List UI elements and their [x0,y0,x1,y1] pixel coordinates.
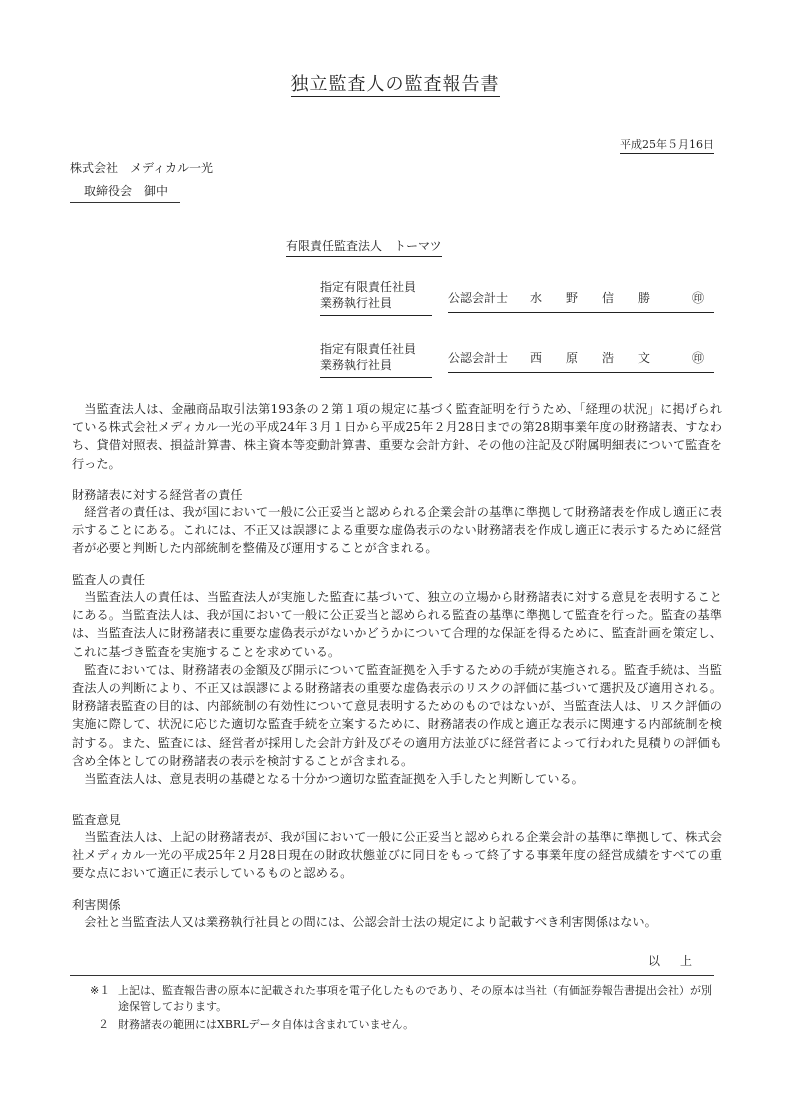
partner-role-line2: 業務執行社員 [320,295,432,311]
footnote-1-mark: ※１ [90,983,110,999]
section-management-responsibility: 経営者の責任は、我が国において一般に公正妥当と認められる企業会計の基準に準拠して… [72,503,722,558]
partner-1-signature: 公認会計士 水 野 信 勝 ㊞ [448,289,714,313]
partner-name-char: 西 [530,349,566,366]
addressee-recipient: 取締役会 御中 [70,182,180,203]
partner-name-char: 浩 [602,349,638,366]
partner-name-char: 信 [602,289,638,306]
report-title-text: 独立監査人の監査報告書 [291,74,500,97]
partner-role-line1: 指定有限責任社員 [320,279,432,295]
footnote-2-text: 財務諸表の範囲にはXBRLデータ自体は含まれていません。 [118,1017,718,1033]
partner-name-char: 水 [530,289,566,306]
section-heading-auditor-responsibility: 監査人の責任 [72,571,145,588]
seal-icon: ㊞ [692,349,704,366]
footnote-1-text: 上記は、監査報告書の原本に記載された事項を電子化したものであり、その原本は当社（… [118,983,718,1015]
intro-section: 当監査法人は、金融商品取引法第193条の２第１項の規定に基づく監査証明を行うため… [72,400,722,473]
paragraph: 会社と当監査法人又は業務執行社員との間には、公認会計士法の規定により記載すべき利… [72,913,722,931]
partner-name-char: 文 [638,349,674,366]
partner-name-char: 野 [566,289,602,306]
partner-qualification: 公認会計士 [448,289,530,306]
paragraph: 当監査法人の責任は、当監査法人が実施した監査に基づいて、独立の立場から財務諸表に… [72,588,722,661]
partner-2-signature: 公認会計士 西 原 浩 文 ㊞ [448,349,714,373]
paragraph: 当監査法人は、意見表明の基礎となる十分かつ適切な監査証拠を入手したと判断している… [72,770,722,788]
seal-icon: ㊞ [692,289,704,306]
partner-role-line1: 指定有限責任社員 [320,341,432,357]
partner-qualification: 公認会計士 [448,349,530,366]
section-heading-audit-opinion: 監査意見 [72,811,121,828]
section-heading-management-responsibility: 財務諸表に対する経営者の責任 [72,486,243,503]
partner-role-line2: 業務執行社員 [320,357,432,373]
partner-name-char: 勝 [638,289,674,306]
paragraph: 経営者の責任は、我が国において一般に公正妥当と認められる企業会計の基準に準拠して… [72,503,722,558]
partner-2-role: 指定有限責任社員 業務執行社員 [320,341,432,378]
section-interest: 会社と当監査法人又は業務執行社員との間には、公認会計士法の規定により記載すべき利… [72,913,722,931]
partner-1-role: 指定有限責任社員 業務執行社員 [320,279,432,316]
addressee-company: 株式会社 メディカル一光 [70,159,213,176]
section-auditor-responsibility: 当監査法人の責任は、当監査法人が実施した監査に基づいて、独立の立場から財務諸表に… [72,588,722,788]
end-mark: 以上 [648,952,712,969]
section-heading-interest: 利害関係 [72,896,121,913]
paragraph: 監査においては、財務諸表の金額及び開示について監査証拠を入手するための手続が実施… [72,661,722,770]
audit-firm-name: 有限責任監査法人 トーマツ [286,237,442,257]
footnote-divider [70,975,714,976]
report-date: 平成25年５月16日 [620,136,714,154]
partner-name-char: 原 [566,349,602,366]
footnote-2-mark: ２ [98,1017,109,1033]
intro-paragraph: 当監査法人は、金融商品取引法第193条の２第１項の規定に基づく監査証明を行うため… [72,400,722,473]
report-title: 独立監査人の監査報告書 [0,70,790,96]
paragraph: 当監査法人は、上記の財務諸表が、我が国において一般に公正妥当と認められる企業会計… [72,828,722,883]
section-audit-opinion: 当監査法人は、上記の財務諸表が、我が国において一般に公正妥当と認められる企業会計… [72,828,722,883]
